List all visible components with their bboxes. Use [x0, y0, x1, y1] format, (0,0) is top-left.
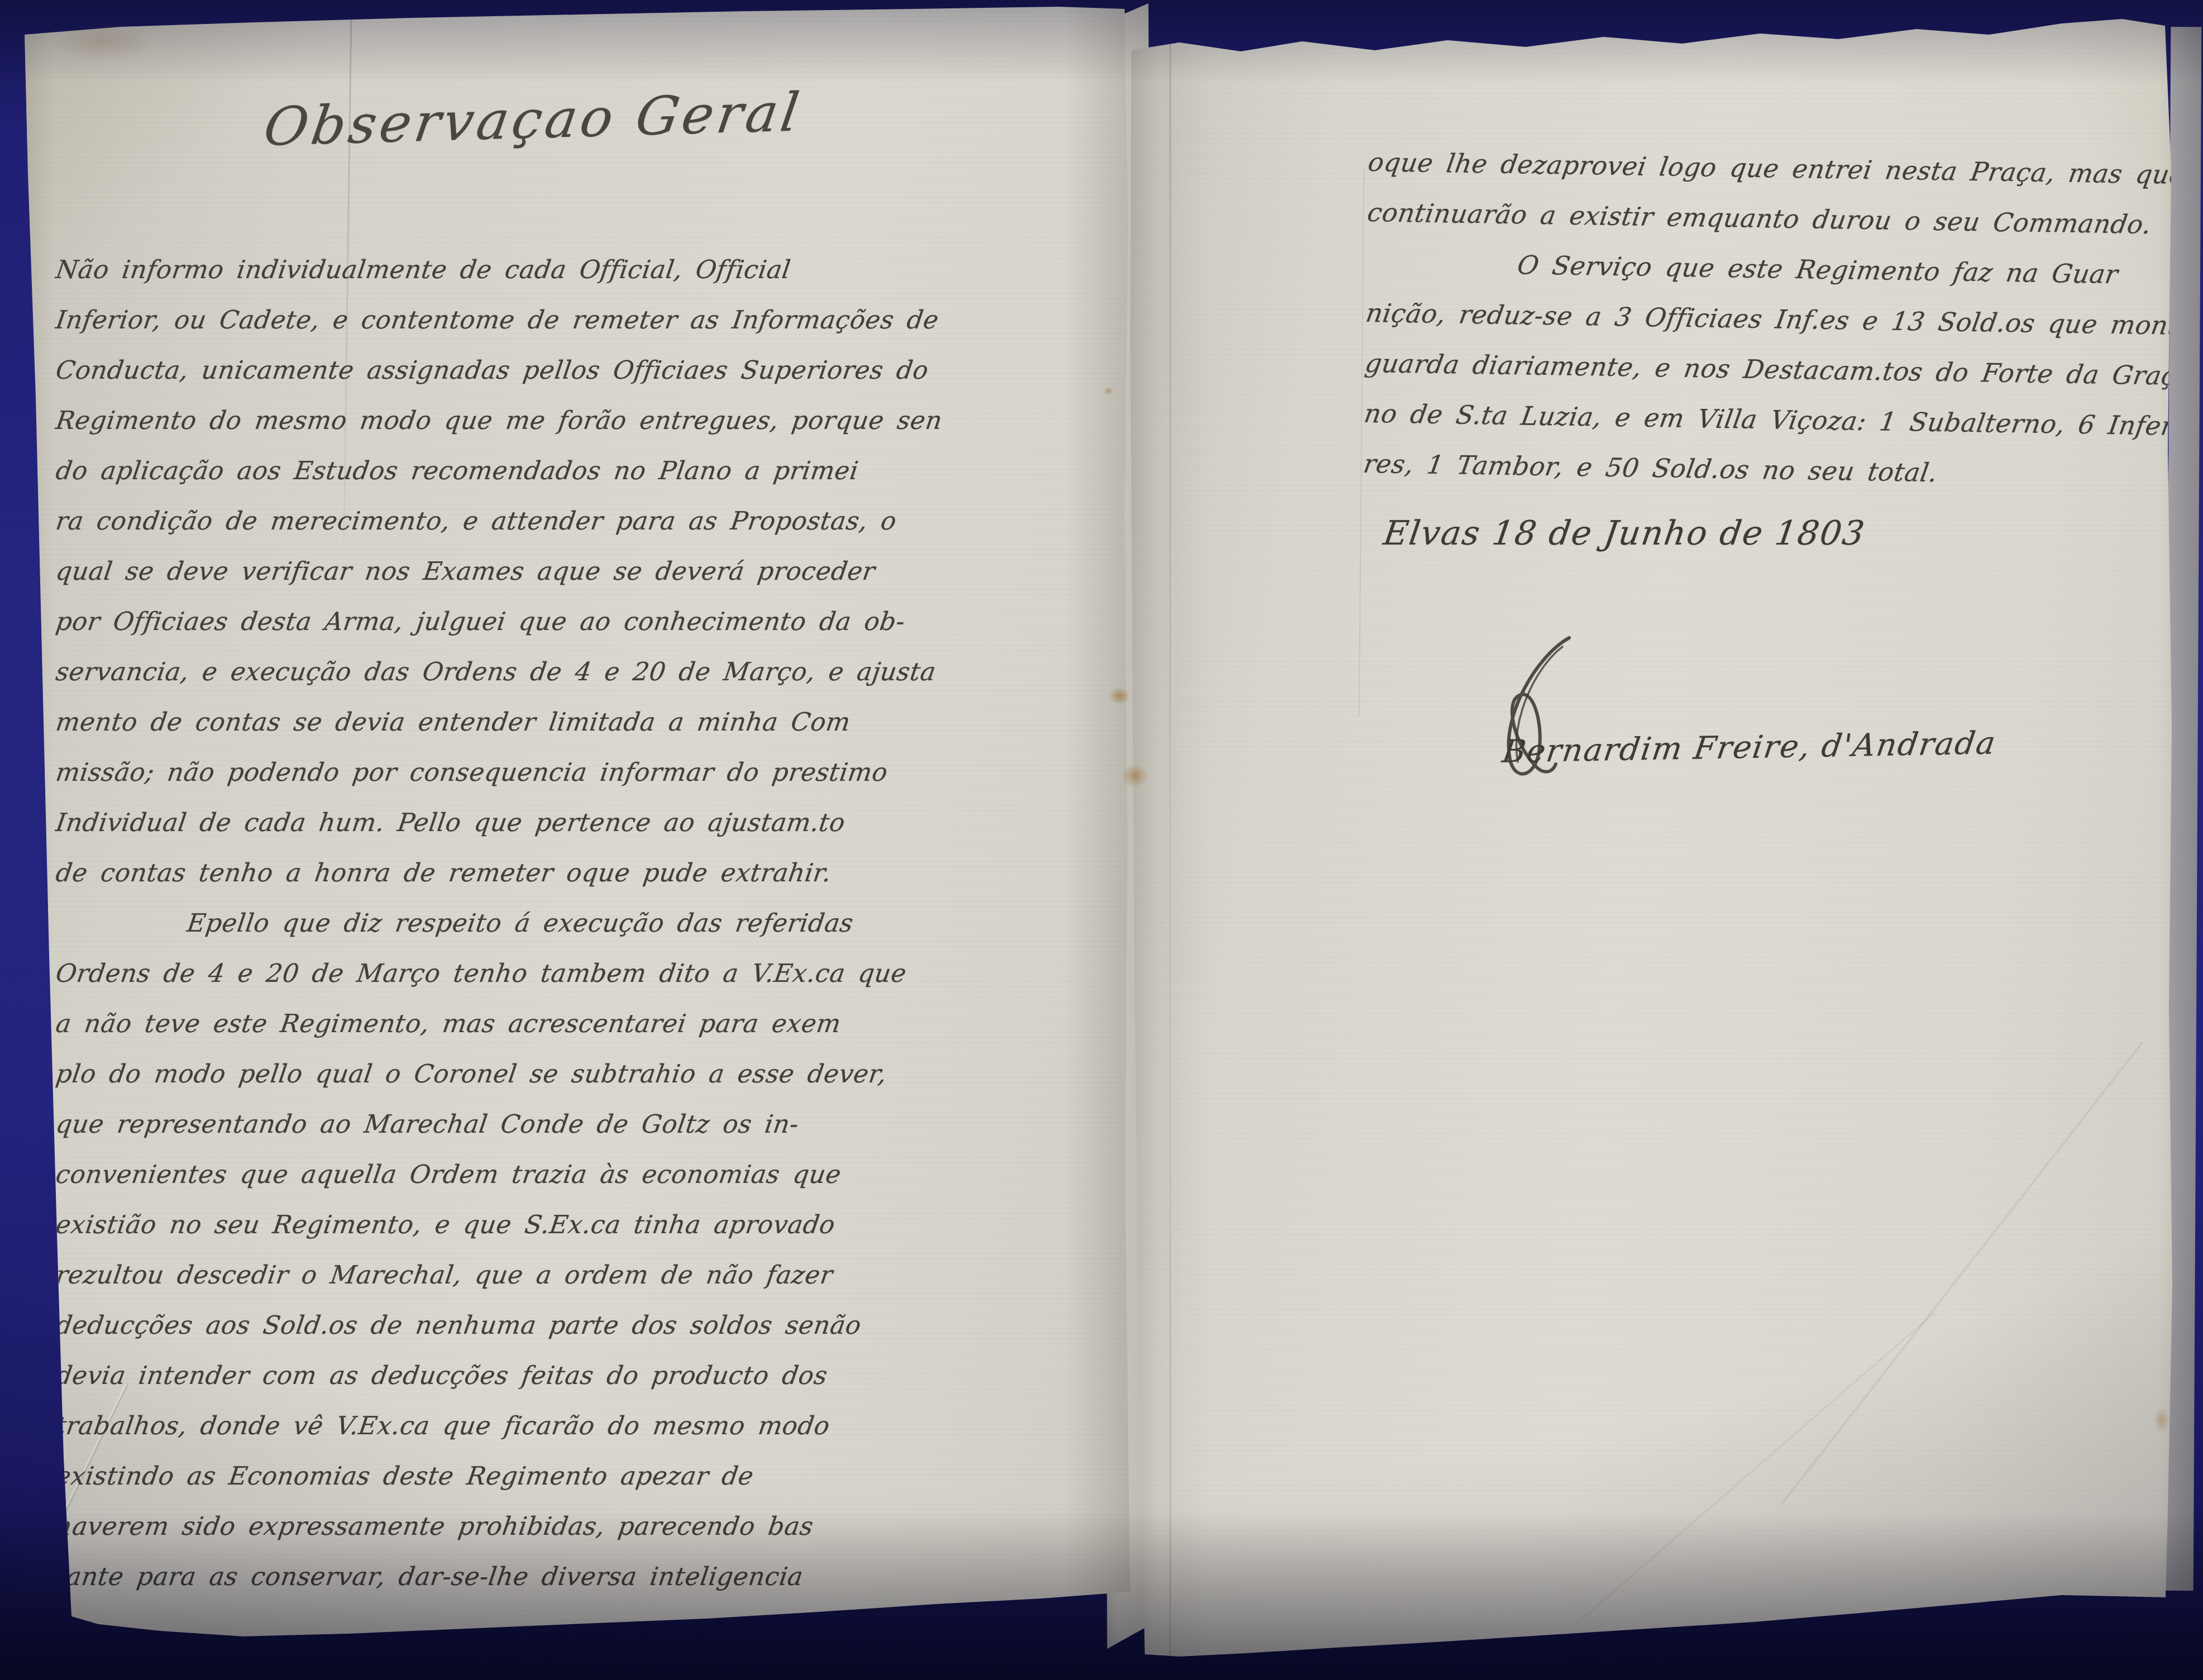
fold-crease: [1576, 1312, 1935, 1625]
dateline: Elvas 18 de Junho de 1803: [1381, 514, 1868, 553]
manuscript-line: de contas tenho a honra de remeter oque …: [52, 848, 945, 898]
manuscript-line: Inferior, ou Cadete, e contentome de rem…: [52, 295, 945, 345]
manuscript-line: deducções aos Sold.os de nenhuma parte d…: [52, 1300, 945, 1350]
manuscript-line: convenientes que aquella Ordem trazia às…: [52, 1149, 945, 1200]
manuscript-right-page: oque lhe dezaprovei logo que entrei nest…: [1112, 2, 2201, 1672]
manuscript-line: Não informo individualmente de cada Offi…: [52, 245, 945, 295]
manuscript-line: por Officiaes desta Arma, julguei que ao…: [52, 596, 945, 647]
manuscript-line: Ordens de 4 e 20 de Março tenho tambem d…: [52, 948, 945, 999]
manuscript-line: qual se deve verificar nos Exames aque s…: [52, 546, 945, 596]
left-page-text: Não informo individualmente de cada Offi…: [52, 245, 939, 1602]
manuscript-line: existindo as Economias deste Regimento a…: [52, 1451, 945, 1501]
signature-rubric-icon: [1481, 632, 1601, 794]
manuscript-line: que representando ao Marechal Conde de G…: [52, 1099, 945, 1149]
fold-crease: [1781, 1041, 2144, 1505]
manuscript-line: plo do modo pello qual o Coronel se subt…: [52, 1049, 945, 1099]
document-photo: Observaçao Geral Não informo individualm…: [0, 0, 2203, 1680]
manuscript-line: haverem sido expressamente prohibidas, p…: [52, 1501, 945, 1552]
manuscript-line: tante para as conservar, dar-se-lhe dive…: [52, 1552, 945, 1602]
manuscript-line: existião no seu Regimento, e que S.Ex.ca…: [52, 1200, 945, 1250]
manuscript-line: Individual de cada hum. Pello que perten…: [52, 798, 945, 848]
manuscript-line: a não teve este Regimento, mas acrescent…: [52, 999, 945, 1049]
document-title: Observaçao Geral: [260, 82, 797, 158]
manuscript-line: Regimento do mesmo modo que me forão ent…: [52, 395, 945, 446]
manuscript-line: Conducta, unicamente assignadas pellos O…: [52, 345, 945, 395]
manuscript-line: devia intender com as deducções feitas d…: [52, 1350, 945, 1401]
manuscript-line: trabalhos, donde vê V.Ex.ca que ficarão …: [52, 1401, 945, 1451]
right-page-text: oque lhe dezaprovei logo que entrei nest…: [1360, 137, 2203, 502]
manuscript-line: do aplicação aos Estudos recomendados no…: [52, 446, 945, 496]
manuscript-line: mento de contas se devia entender limita…: [52, 697, 945, 747]
manuscript-line: Epello que diz respeito á execução das r…: [52, 898, 945, 948]
manuscript-left-page: Observaçao Geral Não informo individualm…: [20, 6, 1143, 1656]
manuscript-line: missão; não podendo por consequencia inf…: [52, 747, 945, 798]
manuscript-line: servancia, e execução das Ordens de 4 e …: [52, 647, 945, 697]
manuscript-line: rezultou descedir o Marechal, que a orde…: [52, 1250, 945, 1300]
manuscript-line: ra condição de merecimento, e attender p…: [52, 496, 945, 546]
fold-crease: [1169, 2, 1171, 1669]
